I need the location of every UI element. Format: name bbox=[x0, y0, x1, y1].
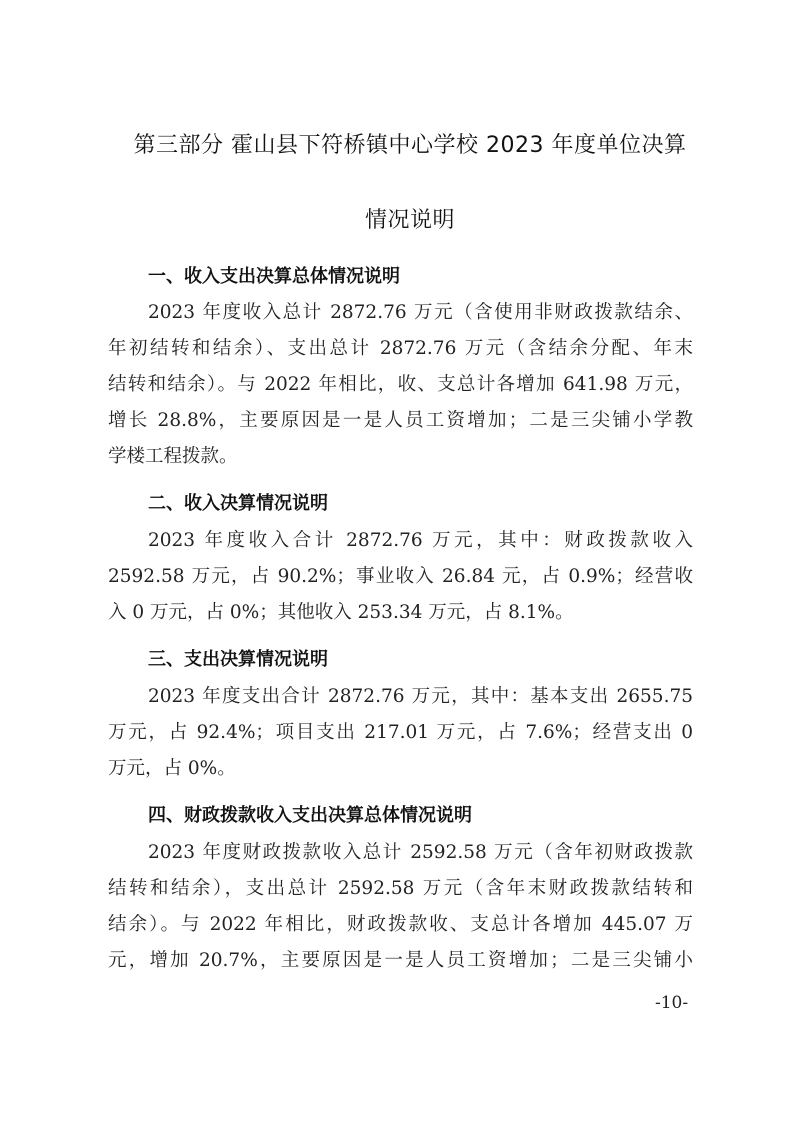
page-number: -10- bbox=[655, 993, 688, 1013]
paragraph-line: 2023 年度支出合计 2872.76 万元，其中：基本支出 2655.75 bbox=[148, 682, 693, 708]
section-heading-2: 二、收入决算情况说明 bbox=[148, 489, 328, 515]
paragraph-line: 结余）。与 2022 年相比，财政拨款收、支总计各增加 445.07 万 bbox=[108, 910, 693, 936]
paragraph-line: 2023 年度财政拨款收入总计 2592.58 万元（含年初财政拨款 bbox=[148, 838, 693, 864]
paragraph-line: 结转和结余）。与 2022 年相比，收、支总计各增加 641.98 万元， bbox=[108, 370, 693, 396]
paragraph-line: 万元，占 92.4%；项目支出 217.01 万元，占 7.6%；经营支出 0 bbox=[108, 718, 693, 744]
paragraph-line: 学楼工程拨款。 bbox=[108, 442, 693, 468]
document-page: 第三部分 霍山县下符桥镇中心学校 2023 年度单位决算 情况说明 一、收入支出… bbox=[0, 0, 794, 1122]
paragraph-line: 结转和结余），支出总计 2592.58 万元（含年末财政拨款结转和 bbox=[108, 874, 693, 900]
paragraph-line: 2023 年度收入合计 2872.76 万元，其中：财政拨款收入 bbox=[148, 526, 693, 552]
section-heading-3: 三、支出决算情况说明 bbox=[148, 645, 328, 671]
paragraph-line: 2592.58 万元，占 90.2%；事业收入 26.84 元，占 0.9%；经… bbox=[108, 562, 693, 588]
document-title-line-2: 情况说明 bbox=[100, 203, 720, 234]
paragraph-line: 万元，占 0%。 bbox=[108, 754, 693, 780]
paragraph-line: 2023 年度收入总计 2872.76 万元（含使用非财政拨款结余、 bbox=[148, 298, 693, 324]
section-heading-1: 一、收入支出决算总体情况说明 bbox=[148, 262, 400, 288]
paragraph-line: 增长 28.8%，主要原因是一是人员工资增加；二是三尖铺小学教 bbox=[108, 406, 693, 432]
paragraph-line: 年初结转和结余）、支出总计 2872.76 万元（含结余分配、年末 bbox=[108, 334, 693, 360]
document-title-line-1: 第三部分 霍山县下符桥镇中心学校 2023 年度单位决算 bbox=[100, 128, 720, 159]
paragraph-line: 元，增加 20.7%，主要原因是一是人员工资增加；二是三尖铺小 bbox=[108, 946, 693, 972]
section-heading-4: 四、财政拨款收入支出决算总体情况说明 bbox=[148, 801, 472, 827]
paragraph-line: 入 0 万元，占 0%；其他收入 253.34 万元，占 8.1%。 bbox=[108, 598, 693, 624]
